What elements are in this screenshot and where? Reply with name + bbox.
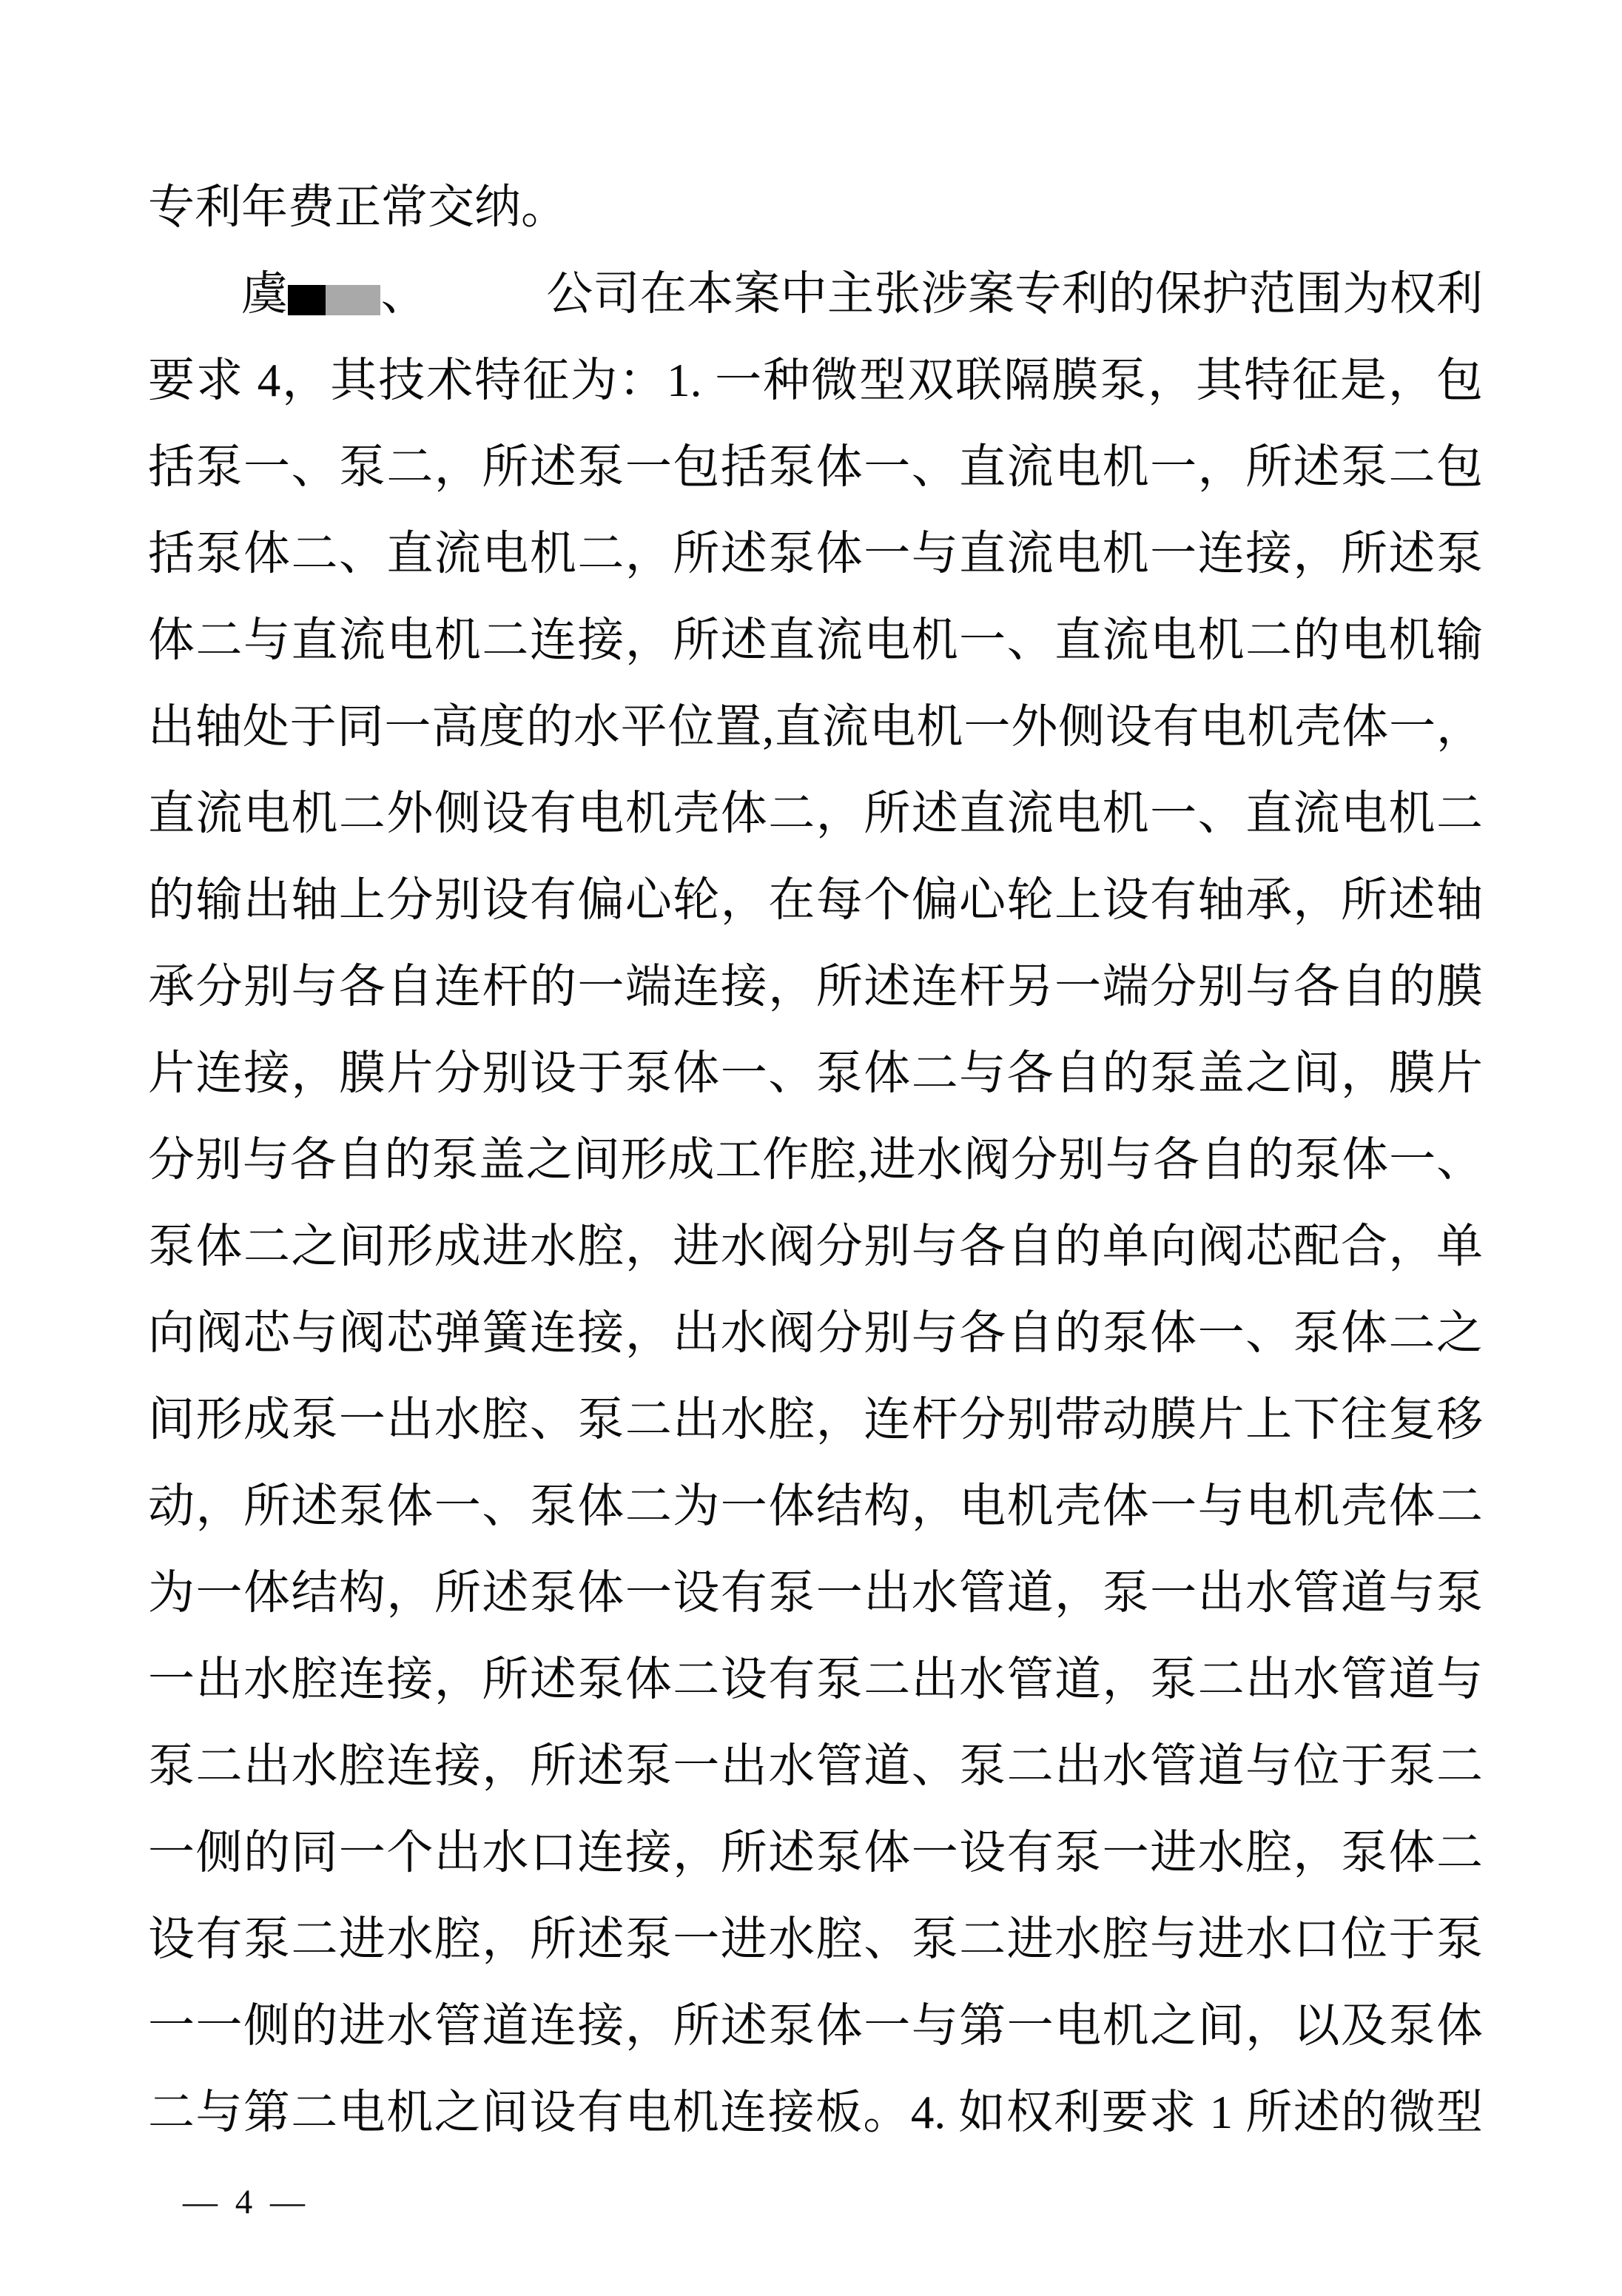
text-run: 出轴处于同一高度的水平位置,直流电机一外侧设有电机壳体一， <box>148 701 1483 753</box>
text-line: 二与第二电机之间设有电机连接板。4. 如权利要求 1 所述的微型 <box>148 2070 1483 2156</box>
text-run: 间形成泵一出水腔、泵二出水腔，连杆分别带动膜片上下往复移 <box>148 1394 1483 1446</box>
text-run: 一侧的同一个出水口连接，所述泵体一设有泵一进水腔，泵体二 <box>148 1827 1483 1879</box>
text-line: 专利年费正常交纳。 <box>148 164 1483 251</box>
text-run: 动，所述泵体一、泵体二为一体结构，电机壳体一与电机壳体二 <box>148 1480 1483 1532</box>
text-run: 括泵一、泵二，所述泵一包括泵体一、直流电机一，所述泵二包 <box>148 441 1483 493</box>
text-line: 直流电机二外侧设有电机壳体二，所述直流电机一、直流电机二 <box>148 771 1483 857</box>
text-line: 一出水腔连接，所述泵体二设有泵二出水管道，泵二出水管道与 <box>148 1637 1483 1723</box>
text-run: 一出水腔连接，所述泵体二设有泵二出水管道，泵二出水管道与 <box>148 1654 1483 1705</box>
text-run: 专利年费正常交纳。 <box>148 181 568 233</box>
text-run: 分别与各自的泵盖之间形成工作腔,进水阀分别与各自的泵体一、 <box>148 1134 1483 1186</box>
text-run: 设有泵二进水腔，所述泵一进水腔、泵二进水腔与进水口位于泵 <box>148 1913 1483 1965</box>
text-run: 泵体二之间形成进水腔，进水阀分别与各自的单向阀芯配合，单 <box>148 1221 1483 1272</box>
text-line: 间形成泵一出水腔、泵二出水腔，连杆分别带动膜片上下往复移 <box>148 1377 1483 1463</box>
text-line: 一侧的同一个出水口连接，所述泵体一设有泵一进水腔，泵体二 <box>148 1810 1483 1896</box>
text-line: 的输出轴上分别设有偏心轮，在每个偏心轮上设有轴承，所述轴 <box>148 857 1483 944</box>
document-body: 专利年费正常交纳。虞、公司在本案中主张涉案专利的保护范围为权利要求 4，其技术特… <box>148 164 1483 2156</box>
text-line: 片连接，膜片分别设于泵体一、泵体二与各自的泵盖之间，膜片 <box>148 1030 1483 1117</box>
text-run: 二与第二电机之间设有电机连接板。4. 如权利要求 1 所述的微型 <box>148 2087 1483 2138</box>
text-line: 要求 4，其技术特征为：1. 一种微型双联隔膜泵，其特征是，包 <box>148 338 1483 424</box>
text-line: 为一体结构，所述泵体一设有泵一出水管道，泵一出水管道与泵 <box>148 1550 1483 1637</box>
text-line: 承分别与各自连杆的一端连接，所述连杆另一端分别与各自的膜 <box>148 944 1483 1030</box>
text-run: 一一侧的进水管道连接，所述泵体一与第一电机之间，以及泵体 <box>148 2000 1483 2052</box>
text-line: 虞、公司在本案中主张涉案专利的保护范围为权利 <box>148 251 1483 338</box>
document-page: 专利年费正常交纳。虞、公司在本案中主张涉案专利的保护范围为权利要求 4，其技术特… <box>0 0 1622 2296</box>
text-run: 直流电机二外侧设有电机壳体二，所述直流电机一、直流电机二 <box>148 788 1483 839</box>
text-line: 括泵体二、直流电机二，所述泵体一与直流电机一连接，所述泵 <box>148 511 1483 597</box>
text-line: 泵二出水腔连接，所述泵一出水管道、泵二出水管道与位于泵二 <box>148 1723 1483 1810</box>
text-line: 动，所述泵体一、泵体二为一体结构，电机壳体一与电机壳体二 <box>148 1463 1483 1550</box>
text-run: 虞 <box>241 268 288 320</box>
text-line: 泵体二之间形成进水腔，进水阀分别与各自的单向阀芯配合，单 <box>148 1204 1483 1290</box>
text-run: 的输出轴上分别设有偏心轮，在每个偏心轮上设有轴承，所述轴 <box>148 874 1483 926</box>
text-line: 括泵一、泵二，所述泵一包括泵体一、直流电机一，所述泵二包 <box>148 424 1483 511</box>
redaction-box-gray <box>326 285 380 315</box>
text-line: 一一侧的进水管道连接，所述泵体一与第一电机之间，以及泵体 <box>148 1983 1483 2070</box>
text-run: 公司在本案中主张涉案专利的保护范围为权利 <box>546 268 1483 320</box>
blank-gap <box>428 309 546 309</box>
text-line: 出轴处于同一高度的水平位置,直流电机一外侧设有电机壳体一， <box>148 684 1483 771</box>
text-run: 向阀芯与阀芯弹簧连接，出水阀分别与各自的泵体一、泵体二之 <box>148 1307 1483 1359</box>
text-run: 片连接，膜片分别设于泵体一、泵体二与各自的泵盖之间，膜片 <box>148 1047 1483 1099</box>
text-run: 泵二出水腔连接，所述泵一出水管道、泵二出水管道与位于泵二 <box>148 1740 1483 1792</box>
text-run: 承分别与各自连杆的一端连接，所述连杆另一端分别与各自的膜 <box>148 961 1483 1013</box>
text-line: 体二与直流电机二连接，所述直流电机一、直流电机二的电机输 <box>148 597 1483 684</box>
text-run: 、 <box>380 268 428 320</box>
text-run: 为一体结构，所述泵体一设有泵一出水管道，泵一出水管道与泵 <box>148 1567 1483 1619</box>
page-number: — 4 — <box>183 2180 309 2224</box>
text-line: 向阀芯与阀芯弹簧连接，出水阀分别与各自的泵体一、泵体二之 <box>148 1290 1483 1377</box>
redaction-box-black <box>288 285 326 315</box>
text-line: 设有泵二进水腔，所述泵一进水腔、泵二进水腔与进水口位于泵 <box>148 1896 1483 1983</box>
text-run: 要求 4，其技术特征为：1. 一种微型双联隔膜泵，其特征是，包 <box>148 355 1483 406</box>
text-line: 分别与各自的泵盖之间形成工作腔,进水阀分别与各自的泵体一、 <box>148 1117 1483 1204</box>
text-run: 括泵体二、直流电机二，所述泵体一与直流电机一连接，所述泵 <box>148 528 1483 580</box>
text-run: 体二与直流电机二连接，所述直流电机一、直流电机二的电机输 <box>148 614 1483 666</box>
